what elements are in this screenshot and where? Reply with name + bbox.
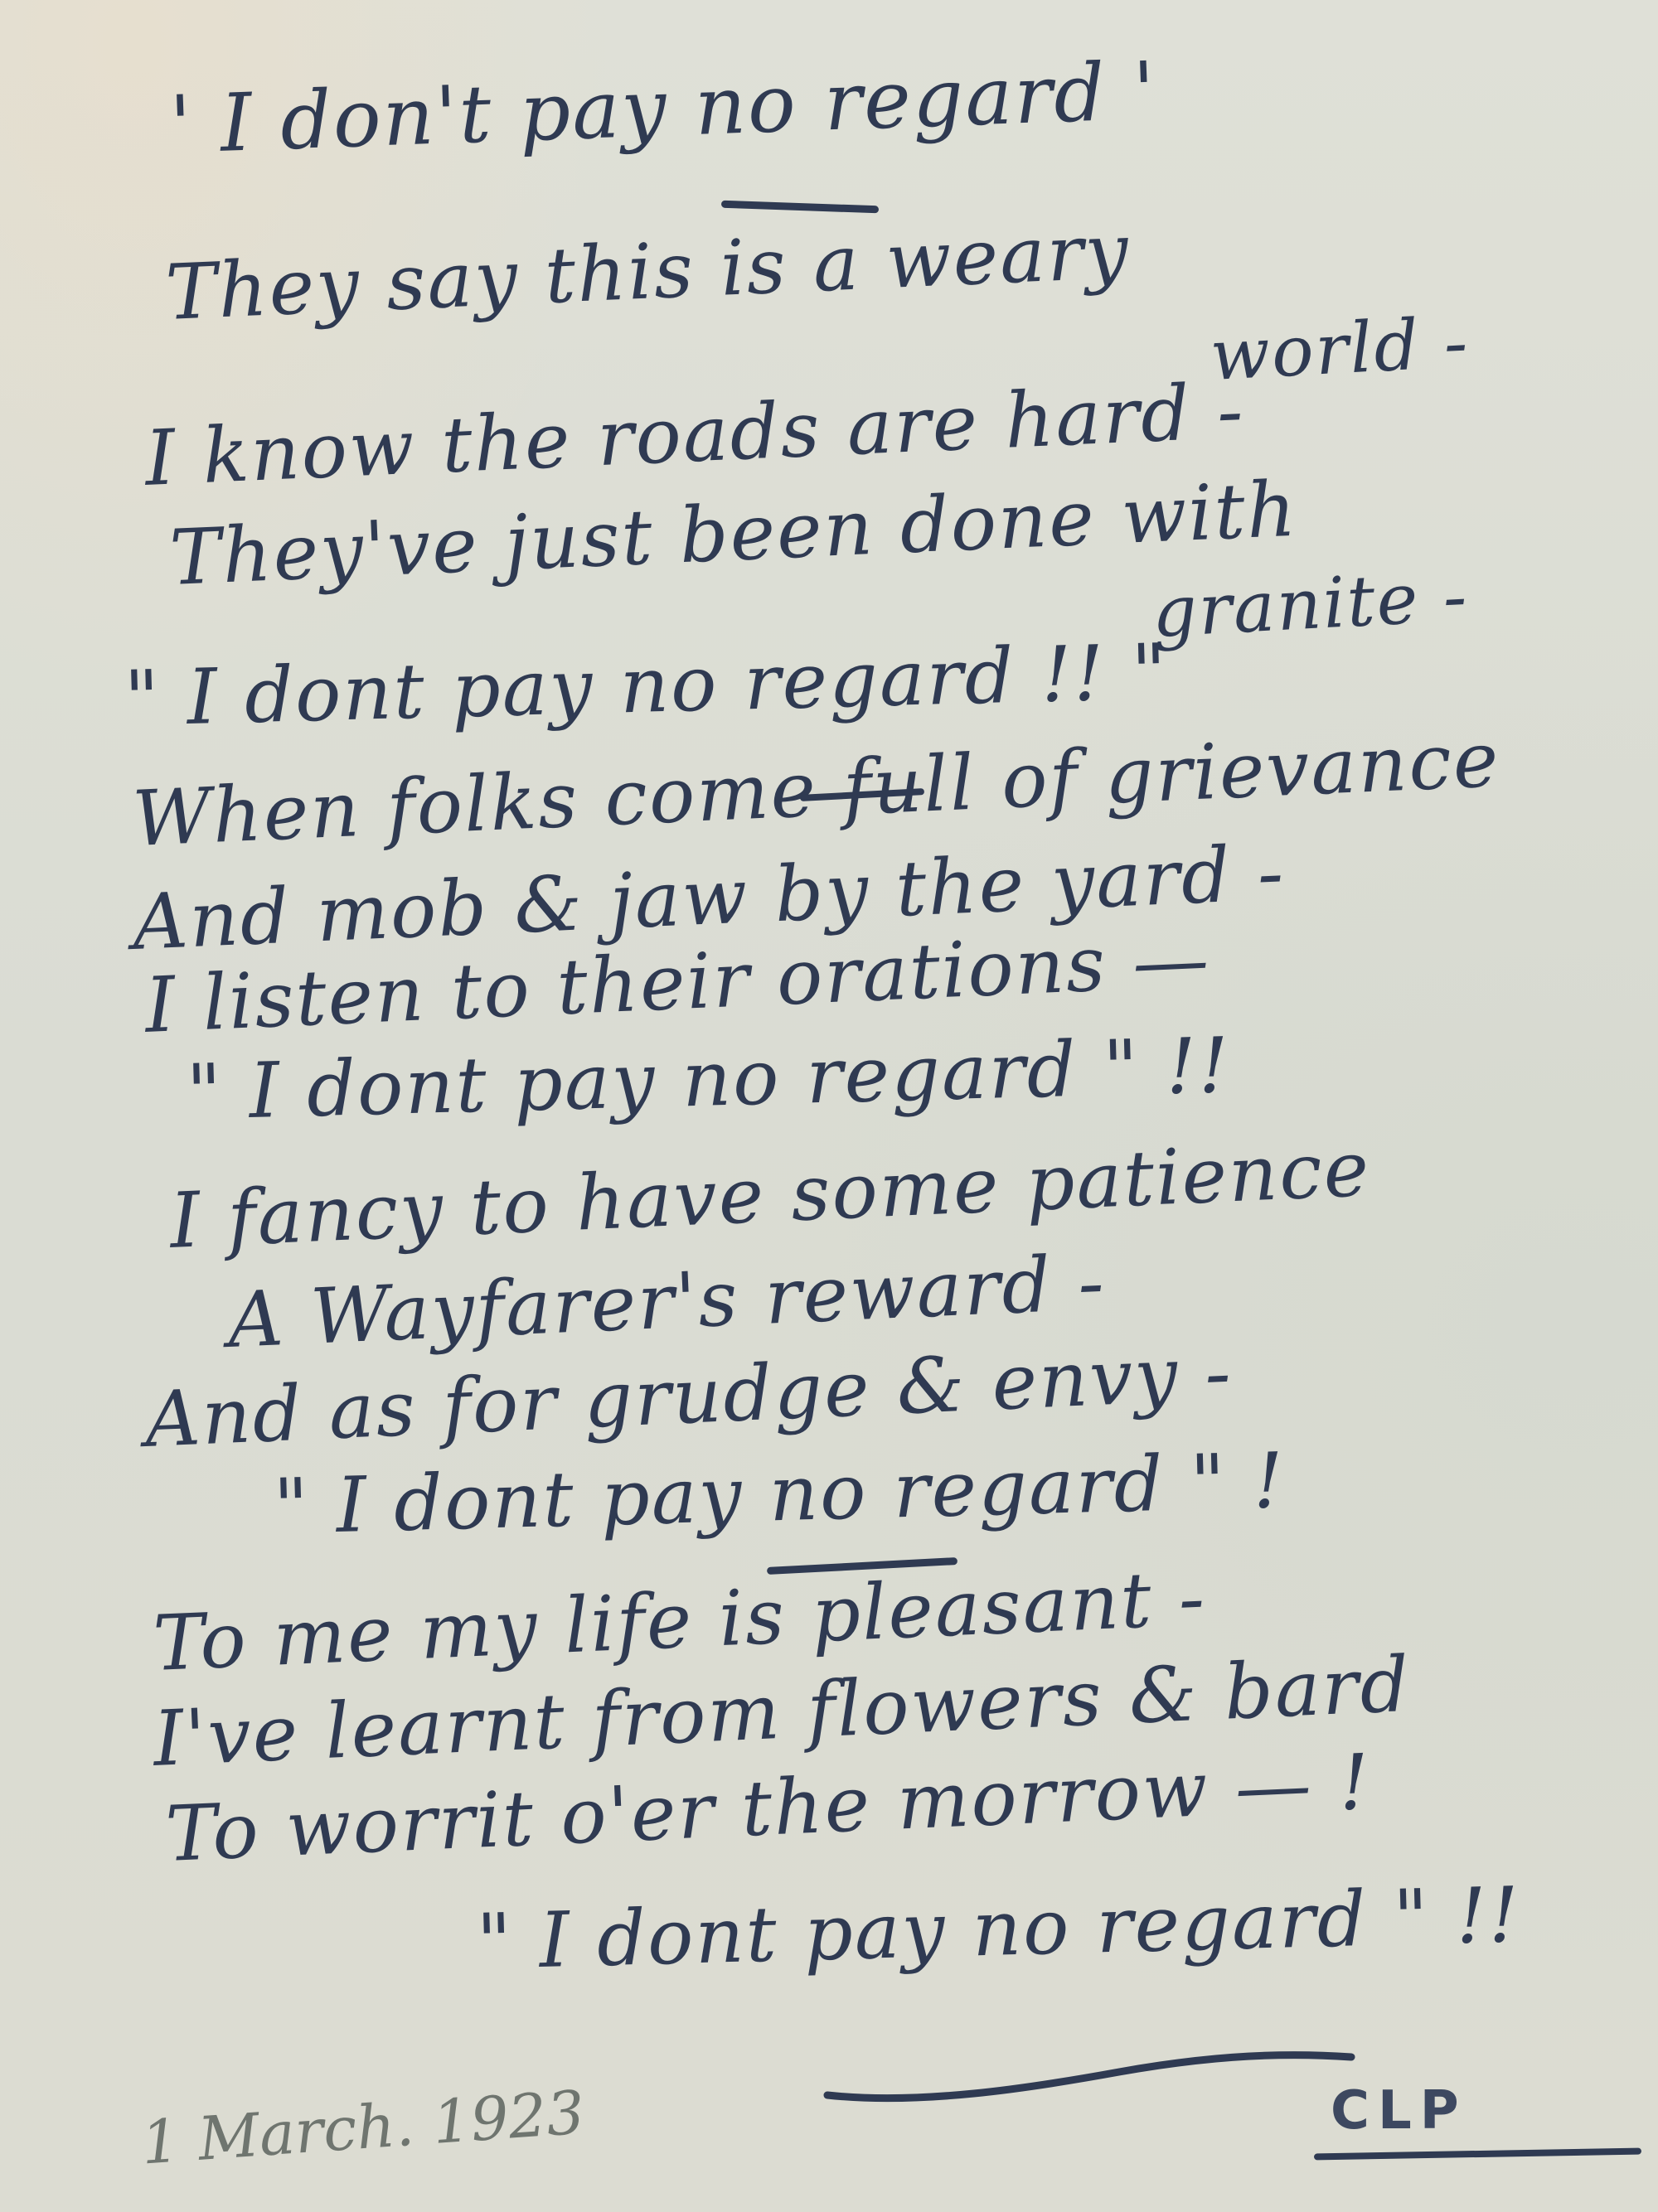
- author-signature: CLP: [1331, 2080, 1467, 2142]
- stanza-1-line-1-continuation: world -: [1208, 302, 1471, 396]
- stanza-1-line-3-continuation: granite -: [1150, 555, 1470, 653]
- closing-flourish: [821, 2047, 1360, 2113]
